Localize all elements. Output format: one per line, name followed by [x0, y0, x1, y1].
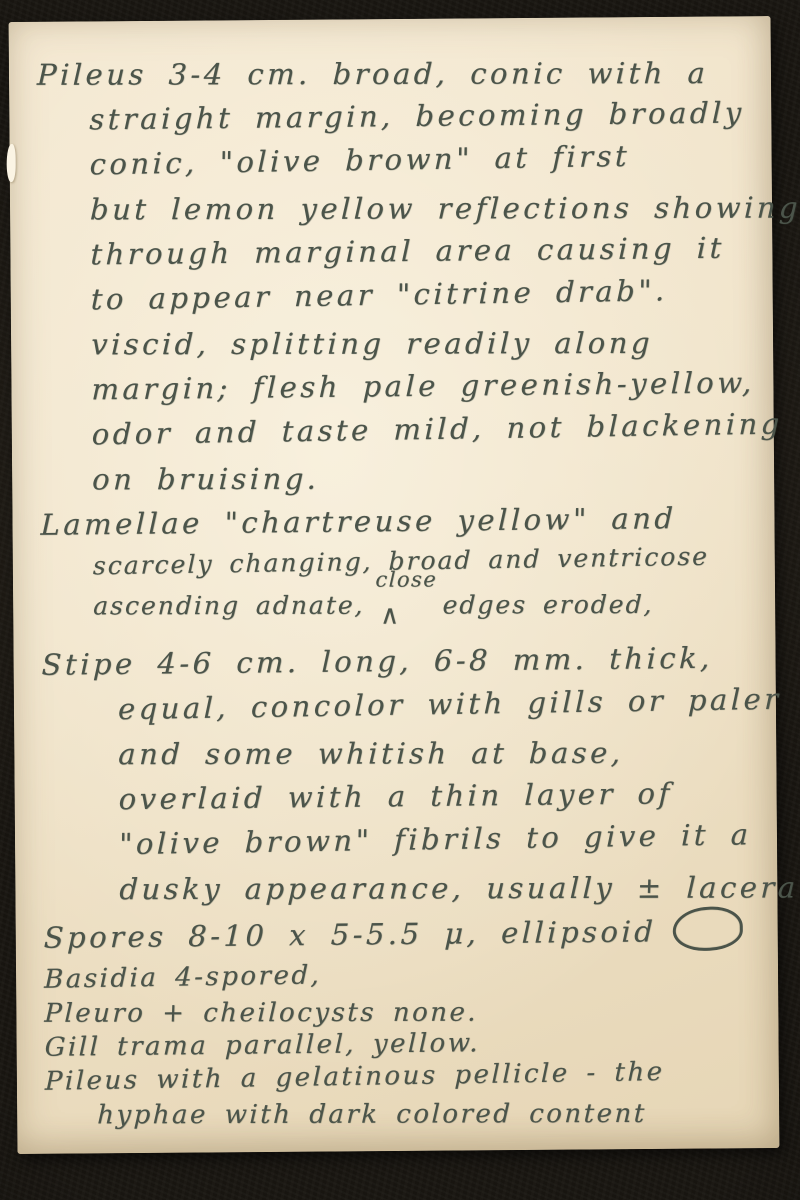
inserted-word: close: [375, 561, 438, 597]
handwritten-line: "olive brown" fibrils to give it a: [119, 813, 772, 868]
caret-insertion: close∧: [364, 588, 443, 613]
handwritten-line: and some whitish at base,: [118, 731, 771, 778]
line-text: "olive brown" fibrils to give it a: [119, 817, 752, 861]
handwritten-line: hyphae with dark colored content: [97, 1098, 774, 1134]
line-text: margin; flesh pale greenish-yellow,: [91, 365, 755, 406]
handwritten-line: conic, "olive brown" at first: [89, 133, 766, 189]
handwritten-line: equal, concolor with gills or paler: [118, 678, 771, 733]
photo-background: Pileus 3-4 cm. broad, conic with astraig…: [0, 0, 800, 1200]
line-text: Pleuro + cheilocysts none.: [44, 998, 479, 1029]
line-text: but lemon yellow reflections showing: [90, 191, 800, 227]
handwritten-line: to appear near "citrine drab".: [90, 268, 767, 324]
paper-edge-chip: [7, 144, 16, 182]
line-text: hyphae with dark colored content: [97, 1099, 647, 1130]
line-text: Stipe 4-6 cm. long, 6-8 mm. thick,: [41, 641, 713, 682]
caret-icon: ∧: [380, 598, 402, 634]
line-text: straight margin, becoming broadly: [89, 96, 745, 137]
handwritten-line: odor and taste mild, not blackening: [91, 403, 768, 459]
line-text: on bruising.: [92, 462, 320, 497]
line-text: and some whitish at base,: [118, 736, 624, 771]
line-text: equal, concolor with gills or paler: [118, 682, 782, 726]
line-text: Basidia 4-spored,: [44, 960, 322, 994]
line-text: Gill trama parallel, yellow.: [44, 1028, 480, 1063]
line-text: Lamellae "chartreuse yellow" and: [40, 501, 677, 542]
line-text: through marginal area causing it: [90, 231, 725, 272]
line-text-before-insert: ascending adnate,: [93, 591, 365, 621]
line-text: to appear near "citrine drab".: [90, 273, 668, 316]
line-text: viscid, splitting readily along: [91, 326, 654, 361]
line-text: odor and taste mild, not blackening: [92, 407, 784, 452]
spore-shape-drawing: [672, 905, 742, 952]
handwritten-line: ascending adnate,close∧edges eroded,: [93, 587, 770, 629]
line-text: overlaid with a thin layer of: [118, 776, 673, 816]
index-card: Pileus 3-4 cm. broad, conic with astraig…: [9, 16, 780, 1154]
line-text: dusky appearance, usually ± lacerate.: [119, 870, 800, 906]
handwritten-text-block: Pileus 3-4 cm. broad, conic with astraig…: [23, 48, 773, 1134]
line-text: Spores 8-10 x 5-5.5 μ, ellipsoid: [43, 914, 656, 954]
line-text-after-insert: edges eroded,: [442, 590, 654, 620]
line-text: Pileus 3-4 cm. broad, conic with a: [36, 56, 708, 92]
line-text: conic, "olive brown" at first: [89, 139, 630, 182]
